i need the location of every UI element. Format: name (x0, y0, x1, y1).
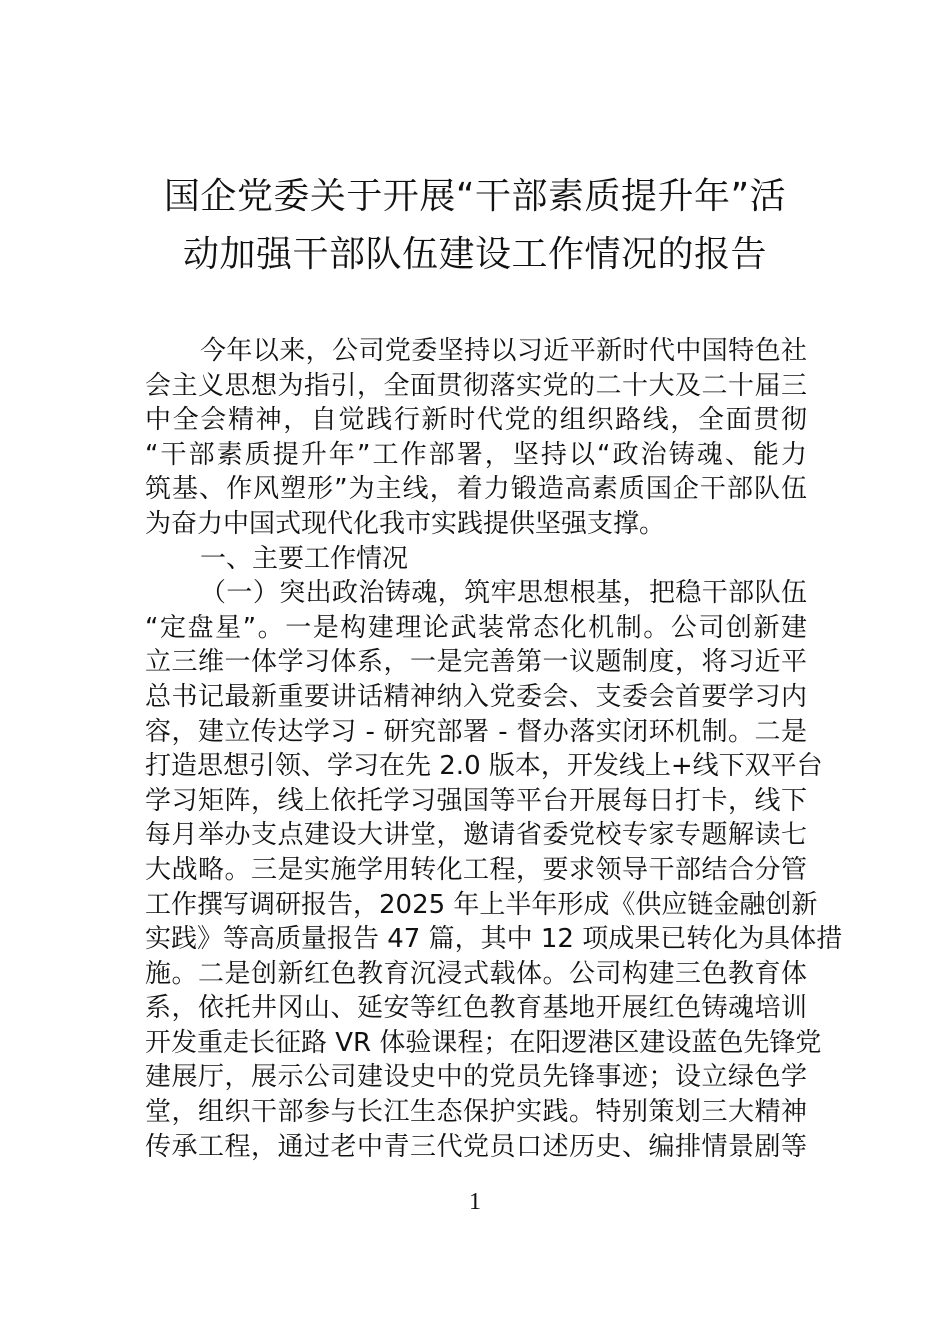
page-number: 1 (0, 1188, 950, 1216)
body-line: 今年以来，公司党委坚持以习近平新时代中国特色社 (145, 334, 807, 369)
body-line: 容，建立传达学习 - 研究部署 - 督办落实闭环机制。二是 (145, 715, 807, 750)
body-line: 大战略。三是实施学用转化工程，要求领导干部结合分管 (145, 853, 807, 888)
body-line: 总书记最新重要讲话精神纳入党委会、支委会首要学习内 (145, 680, 807, 715)
document-title: 国企党委关于开展“干部素质提升年”活 动加强干部队伍建设工作情况的报告 (140, 168, 810, 284)
body-line: “定盘星”。一是构建理论武装常态化机制。公司创新建 (145, 611, 807, 646)
body-line: 堂，组织干部参与长江生态保护实践。特别策划三大精神 (145, 1095, 807, 1130)
body-line: 施。二是创新红色教育沉浸式载体。公司构建三色教育体 (145, 957, 807, 992)
body-line: 为奋力中国式现代化我市实践提供坚强支撑。 (145, 507, 807, 542)
body-line: 一、主要工作情况 (145, 542, 807, 577)
body-line: 打造思想引领、学习在先 2.0 版本，开发线上+线下双平台 (145, 749, 807, 784)
body-line: 立三维一体学习体系，一是完善第一议题制度，将习近平 (145, 645, 807, 680)
body-line: “干部素质提升年”工作部署，坚持以“政治铸魂、能力 (145, 438, 807, 473)
body-line: 会主义思想为指引，全面贯彻落实党的二十大及二十届三 (145, 369, 807, 404)
body-line: 实践》等高质量报告 47 篇，其中 12 项成果已转化为具体措 (145, 922, 807, 957)
document-body: 今年以来，公司党委坚持以习近平新时代中国特色社会主义思想为指引，全面贯彻落实党的… (145, 334, 807, 1164)
document-page: 国企党委关于开展“干部素质提升年”活 动加强干部队伍建设工作情况的报告 今年以来… (0, 0, 950, 1344)
body-line: 学习矩阵，线上依托学习强国等平台开展每日打卡，线下 (145, 784, 807, 819)
body-line: 传承工程，通过老中青三代党员口述历史、编排情景剧等 (145, 1130, 807, 1165)
title-line-1: 国企党委关于开展“干部素质提升年”活 (140, 168, 810, 226)
body-line: 工作撰写调研报告，2025 年上半年形成《供应链金融创新 (145, 888, 807, 923)
body-line: 筑基、作风塑形”为主线，着力锻造高素质国企干部队伍 (145, 472, 807, 507)
body-line: 建展厅，展示公司建设史中的党员先锋事迹；设立绿色学 (145, 1060, 807, 1095)
body-line: 系，依托井冈山、延安等红色教育基地开展红色铸魂培训 (145, 991, 807, 1026)
body-line: 开发重走长征路 VR 体验课程；在阳逻港区建设蓝色先锋党 (145, 1026, 807, 1061)
title-line-2: 动加强干部队伍建设工作情况的报告 (140, 226, 810, 284)
body-line: 每月举办支点建设大讲堂，邀请省委党校专家专题解读七 (145, 818, 807, 853)
body-line: （一）突出政治铸魂，筑牢思想根基，把稳干部队伍 (145, 576, 807, 611)
body-line: 中全会精神，自觉践行新时代党的组织路线，全面贯彻 (145, 403, 807, 438)
